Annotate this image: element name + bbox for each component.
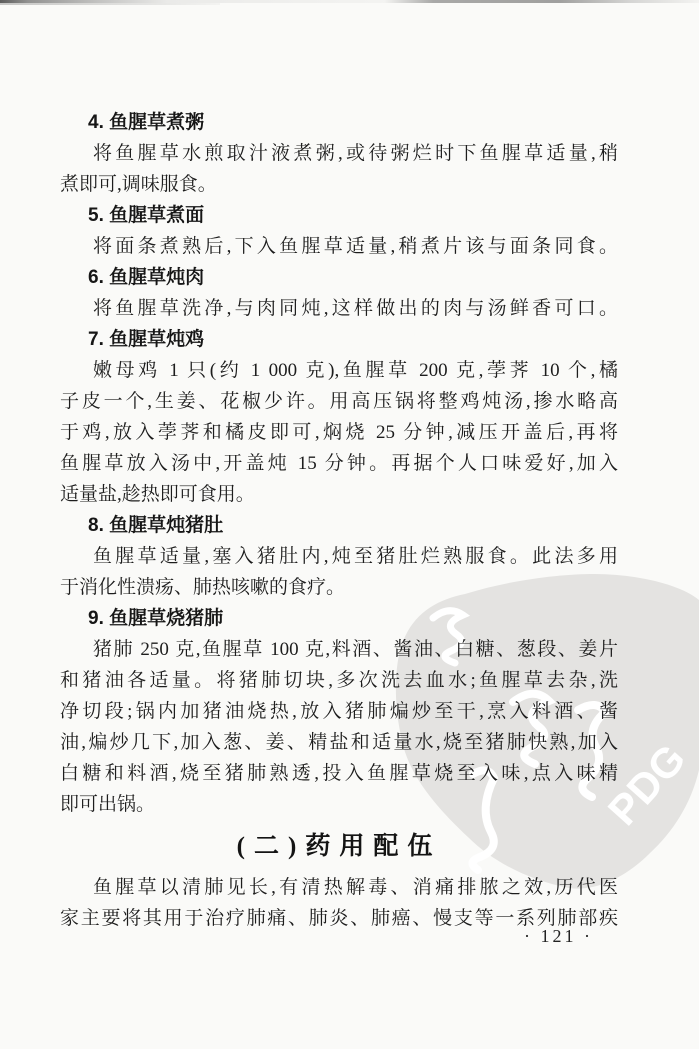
body-text-line: 将鱼腥草洗净,与肉同炖,这样做出的肉与汤鲜香可口。 [60, 293, 618, 324]
recipe-heading: 9. 鱼腥草烧猪肺 [60, 603, 618, 634]
page-text-block: 4. 鱼腥草煮粥将鱼腥草水煎取汁液煮粥,或待粥烂时下鱼腥草适量,稍煮即可,调味服… [60, 107, 618, 934]
body-text-line: 净切段;锅内加猪油烧热,放入猪肺煸炒至干,烹入料酒、酱 [60, 696, 618, 727]
body-text-line: 白糖和料酒,烧至猪肺熟透,投入鱼腥草烧至入味,点入味精 [60, 758, 618, 789]
page-number: · 121 · [524, 926, 593, 947]
recipe-heading: 7. 鱼腥草炖鸡 [60, 324, 618, 355]
body-text-line: 鱼腥草放入汤中,开盖炖 15 分钟。再据个人口味爱好,加入 [60, 448, 618, 479]
recipe-heading: 8. 鱼腥草炖猪肚 [60, 510, 618, 541]
body-text-line: 和猪油各适量。将猪肺切块,多次洗去血水;鱼腥草去杂,洗 [60, 665, 618, 696]
body-text-line: 于鸡,放入荸荠和橘皮即可,焖烧 25 分钟,减压开盖后,再将 [60, 417, 618, 448]
body-text-line: 煮即可,调味服食。 [60, 169, 618, 200]
section-heading: (二)药用配伍 [60, 825, 618, 869]
body-text-line: 将鱼腥草水煎取汁液煮粥,或待粥烂时下鱼腥草适量,稍 [60, 138, 618, 169]
body-text-line: 嫩母鸡 1 只(约 1 000 克),鱼腥草 200 克,荸荠 10 个,橘 [60, 355, 618, 386]
body-text-line: 适量盐,趁热即可食用。 [60, 479, 618, 510]
scan-artifact-top-left [0, 3, 220, 5]
body-text-line: 鱼腥草以清肺见长,有清热解毒、消痛排脓之效,历代医 [60, 872, 618, 903]
body-text-line: 油,煸炒几下,加入葱、姜、精盐和适量水,烧至猪肺快熟,加入 [60, 727, 618, 758]
recipe-heading: 4. 鱼腥草煮粥 [60, 107, 618, 138]
body-text-line: 子皮一个,生姜、花椒少许。用高压锅将整鸡炖汤,掺水略高 [60, 386, 618, 417]
body-text-line: 猪肺 250 克,鱼腥草 100 克,料酒、酱油、白糖、葱段、姜片 [60, 634, 618, 665]
body-text-line: 即可出锅。 [60, 789, 618, 820]
body-text-line: 鱼腥草适量,塞入猪肚内,炖至猪肚烂熟服食。此法多用 [60, 541, 618, 572]
body-text-line: 于消化性溃疡、肺热咳嗽的食疗。 [60, 572, 618, 603]
recipe-heading: 6. 鱼腥草炖肉 [60, 262, 618, 293]
recipe-heading: 5. 鱼腥草煮面 [60, 200, 618, 231]
body-text-line: 将面条煮熟后,下入鱼腥草适量,稍煮片该与面条同食。 [60, 231, 618, 262]
